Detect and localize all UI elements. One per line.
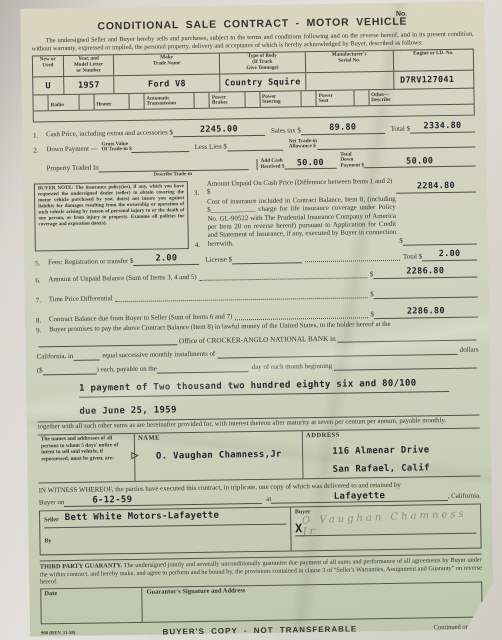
form-number: 908 (REV. 11-58) [41,630,131,636]
seller-name-value: Bett White Motors-Lafayette [65,511,220,523]
equipment-label-automatic-transmission: Automatic Transmission [144,93,195,109]
power-steering-checkbox [245,92,260,107]
gross-value-label: Gross Value Of Trade-in $ [102,142,132,153]
execution-date-field: 6-12-59 [64,493,262,507]
each-payable-label: ) each, payable on the [96,366,156,375]
add-cash-label: Add Cash Received $ [257,159,285,170]
notice-name-value: O. Vaughan Chamness,Jr [156,450,282,462]
add-cash-field: 50.00 [284,158,336,170]
item-5-total-label: Total $ [403,253,422,261]
items-3-4-section: BUYER NOTE: The insurance policy(ies), i… [34,177,477,251]
item-6-field: 2286.80 [373,266,477,279]
gross-value-field [132,144,190,153]
item-2-label: Down Payment — [46,145,97,154]
item-3-field: 2284.80 [396,182,476,194]
cash-price-field: 2245.00 [173,125,265,137]
col-header-serial: Manufacturer's Serial No. [306,51,394,72]
item-6-number: 6. [35,276,48,284]
item-9-number: 9. [36,326,49,334]
equipment-label-radio: Radio [48,95,79,110]
item-8-number: 8. [36,316,49,324]
items-3-4-column: 3. Amount Unpaid On Cash Price (Differen… [188,177,477,249]
item-3-label: Amount Unpaid On Cash Price (Difference … [207,178,396,197]
col-header-year: Year, and Model Letter or Number [64,55,115,76]
buyer-note-box: BUYER NOTE: The insurance policy(ies), i… [34,181,189,251]
notice-address-line2: San Rafael, Calif [332,464,429,476]
seller-signature-cell: Seller Bett White Motors-Lafayette By [40,508,291,555]
buyer-signature-cell: Buyer X O Vaughan Chamness Jr [291,505,481,551]
typed-payment-line: 1 payment of Two thousand two hundred ei… [79,372,449,398]
guarantor-signature-header: Guarantor's Signature and Address [142,582,481,621]
typed-payment-text: 1 payment of Two thousand two hundred ei… [79,379,417,394]
item-7-number: 7. [36,296,49,304]
pointer-icon: ▷ [131,450,138,461]
bank-office-line: Office of CROCKER-ANGLO NATIONAL BANK in [36,332,478,347]
guarantor-table: Date Guarantor's Signature and Address [40,581,483,624]
radio-checkbox [33,95,48,110]
typed-due-text: due June 25, 1959 [79,405,176,417]
notice-address-line1: 116 Almenar Drive [332,446,429,458]
item-5-number: 5. [35,259,48,267]
equipment-label-power-seat: Power Seat [317,90,355,106]
name-column-header: NAME [138,433,299,443]
value-body-type: Country Squire [225,77,301,88]
item-7-field [374,286,478,299]
day-field [157,364,249,373]
contract-document: CONDITIONAL SALE CONTRACT - MOTOR VEHICL… [20,1,494,636]
item-6-unpaid-balance: 6. Amount of Unpaid Balance (Sum of Item… [35,266,477,284]
installment-amount-field [42,367,96,376]
item-2-number: 2. [33,146,46,154]
item-1-total-field: 2334.80 [410,122,475,134]
continued-on-label: Continued on [389,623,483,631]
col-header-body-type: Type of Body (If Truck Give Tonnage) [220,52,306,73]
item-5-dot-leader [305,254,400,262]
item-1-total-label: Total $ [391,126,410,134]
item-7-time-price: 7. Time Price Differential $ [36,286,478,304]
item-5-fees: 5. Fees: Registration or transfer $ 2.00… [35,249,477,267]
item-7-dot-leader [116,291,368,302]
guarantor-date-header: Date [41,588,143,624]
office-line-left [38,337,177,347]
registration-fee-field: 2.00 [133,254,199,266]
notice-name-cell: NAME O. Vaughan Chamness,Jr [135,432,304,482]
buyer-on-label: Buyer on [39,499,65,507]
address-column-header: ADDRESS [306,430,477,440]
installments-amount-field [217,347,458,359]
notice-address-cell: ADDRESS 116 Almenar Drive San Rafael, Ca… [303,429,481,479]
california-suffix-label: , California. [448,493,481,501]
dollars-label: dollars [460,347,479,355]
net-trade-in-field [317,139,475,149]
installments-line: California, in equal successive monthly … [37,347,479,362]
value-make: Ford V8 [148,79,186,90]
buyers-copy-label: BUYER'S COPY - NOT TRANSFERABLE [131,624,389,637]
sales-tax-field: 89.80 [301,123,385,135]
sales-tax-label: Sales tax $ [271,127,301,135]
notice-label-cell: The names and addresses of all persons t… [38,434,136,483]
item-6-label: Amount of Unpaid Balance (Sum of Items 3… [48,274,196,284]
california-label: California, in [37,353,74,362]
less-lien-field [227,142,283,151]
equipment-label-heater: Heater [94,94,129,110]
property-traded-in-label: Property Traded In [47,165,99,174]
beginning-date-field [334,361,477,371]
col-header-new-or-used: New or Used [33,56,64,76]
power-brakes-checkbox [195,93,210,108]
value-new-or-used: U [45,81,51,91]
seller-label: Seller [44,517,59,523]
item-5-total-field: 2.00 [422,249,477,261]
col-header-make: Make Trade Name [114,54,220,76]
item-3-number: 3. [194,189,207,197]
beginning-label: day of each month beginning [252,363,332,372]
bank-office-label: Office of CROCKER-ANGLO NATIONAL BANK in [179,335,336,346]
equipment-label-other: Other— Describe [369,89,474,106]
item-1-number: 1. [33,131,46,139]
license-fee-field [232,255,302,264]
value-year: 1957 [78,80,100,90]
item-8-field: 2286.80 [374,306,478,319]
document-title: CONDITIONAL SALE CONTRACT - MOTOR VEHICL… [97,16,407,33]
item-4-label: Cost of insurance included in Contract B… [207,196,396,249]
signature-block: Seller Bett White Motors-Lafayette By Bu… [39,504,482,556]
item-8-label: Contract Balance due from Buyer to Selle… [49,313,232,324]
col-header-engine: Engine or I.D. No. [394,50,473,71]
by-label: By [44,539,51,545]
item-8-dot-leader [235,311,367,320]
item-5-label: Fees: Registration or transfer $ [48,258,133,267]
equipment-label-power-brakes: Power Brakes [210,92,245,108]
contract-number-label: No. [396,11,407,18]
item-4-number: 4. [195,241,208,249]
heater-checkbox [79,95,94,110]
other-checkbox [354,90,369,105]
notice-persons-table: The names and addresses of all persons t… [38,428,481,484]
vehicle-table: New or Used Year, and Model Letter or Nu… [32,49,475,123]
installments-label: equal successive monthly installments of [102,351,215,361]
installments-count-field [73,353,99,361]
office-line-right [338,333,477,343]
license-label: License $ [205,256,232,264]
item-7-label: Time Price Differential [49,295,113,304]
item-4-insurance: 4. Cost of insurance included in Contrac… [194,195,477,249]
item-3-amount-unpaid: 3. Amount Unpaid On Cash Price (Differen… [194,177,476,197]
power-seat-checkbox [302,91,317,106]
value-engine: D7RV127041 [400,74,454,85]
total-down-payment-field: 50.00 [364,156,476,169]
equipment-label-power-steering: Power Steering [260,91,302,107]
less-lien-label: Less Lien $ [195,143,227,151]
item-1-label: Cash Price, including extras and accesso… [46,129,173,139]
document-footer: 908 (REV. 11-58) BUYER'S COPY - NOT TRAN… [41,622,483,638]
item-6-dot-leader [200,271,367,281]
item-10-label: The names and addresses of all persons t… [41,436,118,463]
total-down-payment-label: Total Down Payment $ [340,152,364,169]
execution-city-field: Lafayette [271,490,448,504]
automatic-transmission-checkbox [129,94,144,109]
net-trade-in-label: Net Trade-in Allowance $ [289,139,317,150]
item-4-field [403,233,477,245]
